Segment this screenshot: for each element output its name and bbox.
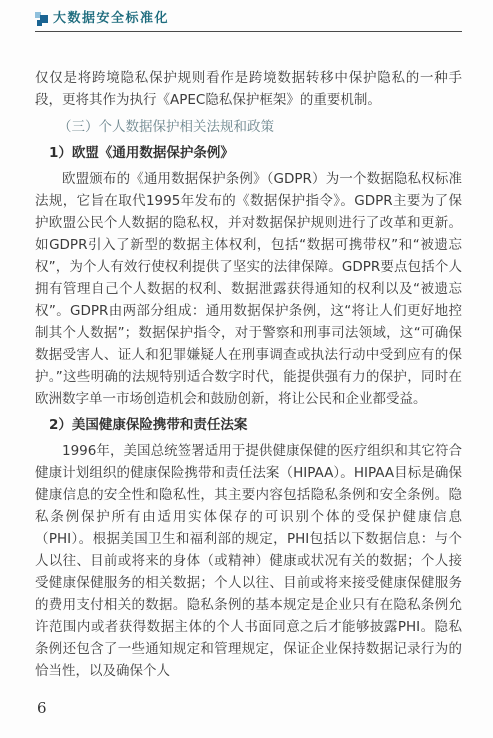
page-header: 大数据安全标准化 [35, 11, 462, 32]
page-number: 6 [37, 699, 47, 717]
paragraph-gdpr: 欧盟颁布的《通用数据保护条例》（GDPR）为一个数据隐私权标准法规，它旨在取代1… [35, 168, 462, 410]
paragraph-hipaa: 1996年，美国总统签署适用于提供健康保健的医疗组织和其它符合健康计划组织的健康… [35, 440, 462, 682]
paragraph-apec-continuation: 仅仅是将跨境隐私保护规则看作是跨境数据转移中保护隐私的一种手段，更将其作为执行《… [35, 67, 462, 111]
page-content: 仅仅是将跨境隐私保护规则看作是跨境数据转移中保护隐私的一种手段，更将其作为执行《… [35, 67, 462, 682]
document-page: 大数据安全标准化 仅仅是将跨境隐私保护规则看作是跨境数据转移中保护隐私的一种手段… [0, 0, 493, 738]
subsection-heading-gdpr: 1）欧盟《通用数据保护条例》 [35, 142, 462, 164]
subsection-heading-hipaa: 2）美国健康保险携带和责任法案 [35, 414, 462, 436]
header-title: 大数据安全标准化 [53, 11, 169, 27]
logo-icon [35, 11, 48, 27]
section-heading-personal-data-laws: （三）个人数据保护相关法规和政策 [35, 116, 462, 138]
